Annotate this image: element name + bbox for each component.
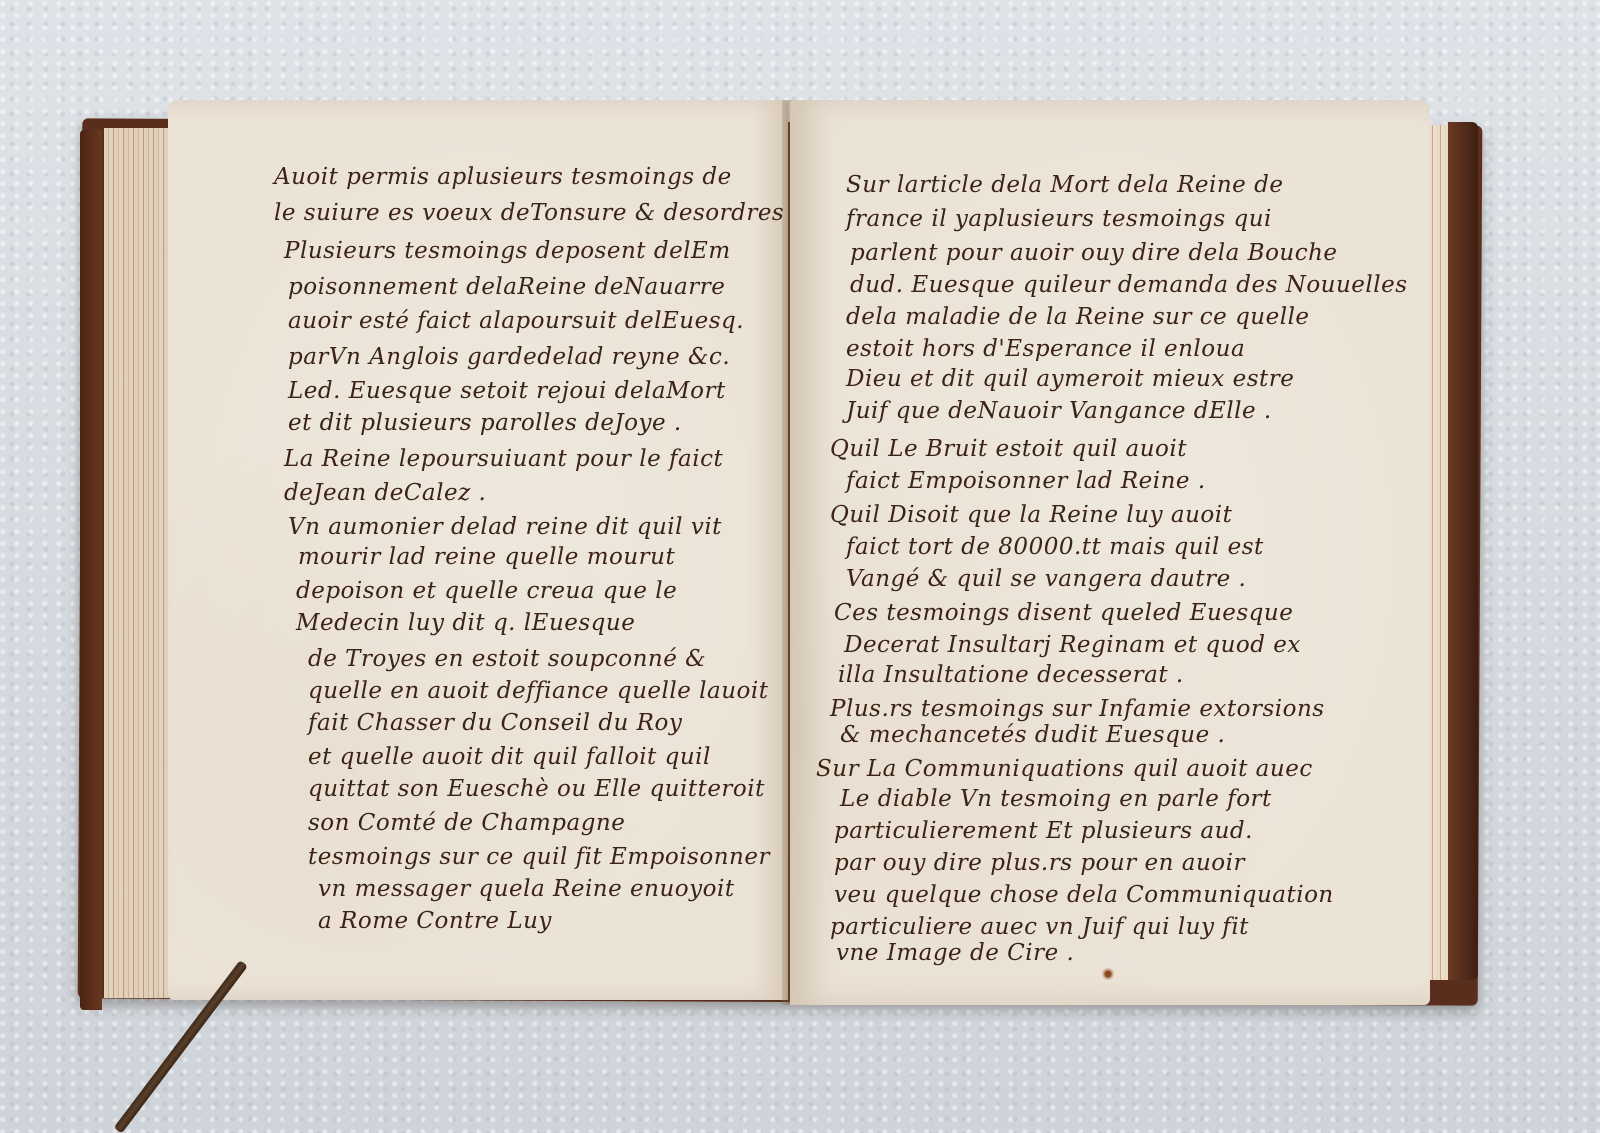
text-line: faict tort de 80000.tt mais quil est: [846, 534, 1264, 560]
text-line: faict Empoisonner lad Reine .: [846, 468, 1206, 494]
text-line: parVn Anglois gardedelad reyne &c.: [288, 344, 730, 370]
text-line: poisonnement delaReine deNauarre: [288, 274, 725, 300]
text-line: Ces tesmoings disent queled Euesque: [834, 600, 1293, 626]
text-line: Plusieurs tesmoings deposent delEm: [284, 238, 731, 264]
text-line: Led. Euesque setoit rejoui delaMort: [288, 378, 726, 404]
text-line: quelle en auoit deffiance quelle lauoit: [308, 678, 768, 704]
text-line: et quelle auoit dit quil falloit quil: [308, 744, 711, 770]
cover-right-edge: [1448, 122, 1478, 980]
text-line: particuliere auec vn Juif qui luy fit: [830, 914, 1249, 940]
text-line: veu quelque chose dela Communiquation: [834, 882, 1334, 908]
text-line: son Comté de Champagne: [308, 810, 625, 836]
text-line: La Reine lepoursuiuant pour le faict: [284, 446, 723, 472]
text-line: depoison et quelle creua que le: [296, 578, 677, 604]
text-line: vn messager quela Reine enuoyoit: [318, 876, 735, 902]
text-line: Juif que deNauoir Vangance dElle .: [846, 398, 1272, 424]
text-line: particulierement Et plusieurs aud.: [834, 818, 1253, 844]
text-line: par ouy dire plus.rs pour en auoir: [834, 850, 1245, 876]
text-line: Decerat Insultarj Reginam et quod ex: [844, 632, 1301, 658]
text-line: vne Image de Cire .: [836, 940, 1074, 966]
text-line: illa Insultatione decesserat .: [838, 662, 1184, 688]
text-line: Sur La Communiquations quil auoit auec: [816, 756, 1313, 782]
text-line: Vn aumonier delad reine dit quil vit: [288, 514, 722, 540]
left-page-stack: [104, 128, 174, 998]
text-line: Vangé & quil se vangera dautre .: [846, 566, 1246, 592]
text-line: dela maladie de la Reine sur ce quelle: [846, 304, 1310, 330]
text-line: Medecin luy dit q. lEuesque: [296, 610, 635, 636]
ink-stain: [1102, 968, 1114, 980]
text-line: Quil Le Bruit estoit quil auoit: [830, 436, 1187, 462]
text-line: quittat son Eueschè ou Elle quitteroit: [308, 776, 765, 802]
right-page: Sur larticle dela Mort dela Reine de fra…: [790, 100, 1430, 1005]
text-line: france il yaplusieurs tesmoings qui: [846, 206, 1272, 232]
text-line: Le diable Vn tesmoing en parle fort: [840, 786, 1272, 812]
text-line: mourir lad reine quelle mourut: [298, 544, 675, 570]
text-line: Quil Disoit que la Reine luy auoit: [830, 502, 1232, 528]
cover-left-edge: [80, 130, 102, 1010]
text-line: dud. Euesque quileur demanda des Nouuell…: [850, 272, 1408, 298]
text-line: Auoit permis aplusieurs tesmoings de: [274, 164, 732, 190]
text-line: a Rome Contre Luy: [318, 908, 552, 934]
text-line: parlent pour auoir ouy dire dela Bouche: [850, 240, 1338, 266]
text-line: et dit plusieurs parolles deJoye .: [288, 410, 682, 436]
text-line: fait Chasser du Conseil du Roy: [308, 710, 682, 736]
text-line: le suiure es voeux deTonsure & desordres: [274, 200, 784, 226]
text-line: estoit hors d'Esperance il enloua: [846, 336, 1245, 362]
text-line: de Troyes en estoit soupconné &: [308, 646, 706, 672]
text-line: deJean deCalez .: [284, 480, 486, 506]
text-line: & mechancetés dudit Euesque .: [840, 722, 1225, 748]
text-line: auoir esté faict alapoursuit delEuesq.: [288, 308, 744, 334]
text-line: Plus.rs tesmoings sur Infamie extorsions: [830, 696, 1325, 722]
text-line: Sur larticle dela Mort dela Reine de: [846, 172, 1283, 198]
text-line: Dieu et dit quil aymeroit mieux estre: [846, 366, 1294, 392]
left-page: Auoit permis aplusieurs tesmoings de le …: [168, 100, 788, 1000]
text-line: tesmoings sur ce quil fit Empoisonner: [308, 844, 770, 870]
